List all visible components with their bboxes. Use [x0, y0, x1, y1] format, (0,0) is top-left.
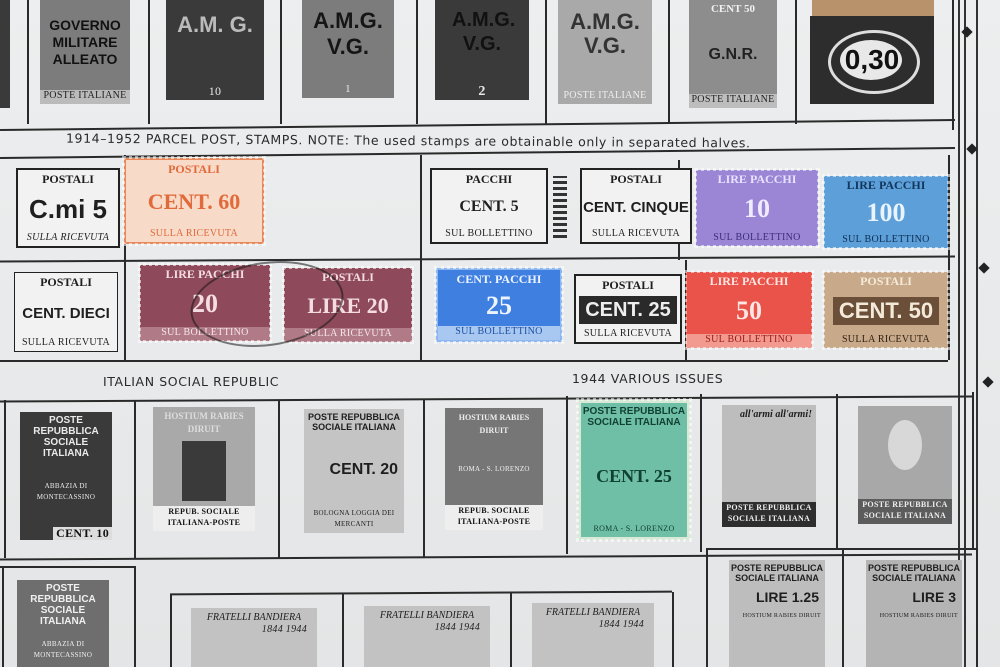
cell-divider	[416, 0, 418, 124]
cell-divider	[278, 400, 280, 558]
stamp-rsi-3: POSTE REPUBBLICA SOCIALE ITALIANA LIRE 3…	[866, 560, 962, 667]
cell-divider	[342, 594, 344, 667]
stamp-parcel-10-lire: LIRE PACCHI 10 SUL BOLLETTINO	[696, 170, 818, 246]
stamp-rsi-20-a: HOSTIUM RABIES DIRUIT REPUB. SOCIALE ITA…	[153, 407, 255, 531]
stamp-rsi-1-25: POSTE REPUBBLICA SOCIALE ITALIANA LIRE 1…	[729, 560, 825, 667]
margin-rule	[964, 0, 966, 667]
cell-divider	[948, 155, 950, 360]
stamp-parcel-cinque: POSTALI CENT. CINQUE SULLA RICEVUTA	[580, 168, 692, 244]
stamp-rsi-25-a: HOSTIUM RABIES DIRUIT ROMA - S. LORENZO …	[445, 408, 543, 530]
cell-divider	[148, 0, 150, 124]
stamp-rsi-montecassino: POSTE REPUBBLICA SOCIALE ITALIANA ABBAZI…	[17, 580, 109, 667]
stamp-amg-governo: GOVERNO MILITARE ALLEATO POSTE ITALIANE	[40, 0, 130, 104]
row-rule	[0, 553, 972, 560]
stamp-fratelli-bandiera-2: FRATELLI BANDIERA 1844 1944	[364, 606, 490, 667]
stamp-parcel-c5: POSTALI C.mi 5 SULLA RICEVUTA	[16, 168, 120, 248]
stamp-parcel-100-lire: LIRE PACCHI 100 SUL BOLLETTINO	[824, 176, 948, 248]
stamp-rsi-20-bologna: POSTE REPUBBLICA SOCIALE ITALIANA CENT. …	[304, 409, 404, 533]
ornament-icon	[978, 262, 989, 273]
stamp-amg-10: A.M. G. 10	[166, 0, 264, 100]
stamp-parcel-dieci: POSTALI CENT. DIECI SULLA RICEVUTA	[14, 272, 118, 352]
cell-divider	[27, 0, 29, 124]
cell-divider	[170, 594, 172, 667]
stamp-value: 10	[209, 86, 222, 100]
cell-divider	[280, 0, 282, 124]
cell-divider	[420, 155, 422, 260]
stamp-image	[182, 441, 226, 501]
stamp	[0, 0, 10, 108]
stamp-amg-1: A.M.G. V.G. 1	[302, 0, 394, 98]
cell-divider	[4, 400, 6, 558]
stamp-parcel-60: POSTALI CENT. 60 SULLA RICEVUTA	[124, 158, 264, 244]
cell-divider	[842, 550, 844, 667]
stamp-portrait	[888, 420, 922, 470]
heading-various-issues: 1944 VARIOUS ISSUES	[572, 371, 723, 386]
cell-divider	[795, 0, 797, 124]
stamp-parcel-25-cent: CENT. PACCHI 25 SUL BOLLETTINO	[436, 268, 562, 342]
stamp-parcel-50-lire: LIRE PACCHI 50 SUL BOLLETTINO	[686, 272, 812, 348]
row-rule	[170, 591, 672, 596]
stamp-rsi-50: POSTE REPUBBLICA SOCIALE ITALIANA	[858, 406, 952, 524]
cell-divider	[510, 593, 512, 667]
separator-ornament	[553, 176, 567, 238]
stamp-fratelli-bandiera-1: FRATELLI BANDIERA 1844 1944	[191, 608, 317, 667]
stamp-rsi-10: POSTE REPUBBLICA SOCIALE ITALIANA ABBAZI…	[20, 412, 112, 540]
cell-divider	[134, 400, 136, 558]
cell-divider	[952, 0, 954, 130]
stamp-parcel-50-cent: POSTALI CENT. 50 SULLA RICEVUTA	[824, 272, 948, 348]
cell-divider	[545, 0, 547, 124]
row-rule	[0, 360, 948, 362]
stamp-francobollo-di-stato: 0,30	[810, 16, 934, 104]
stamp-parcel-25-ricevuta: POSTALI CENT. 25 SULLA RICEVUTA	[574, 274, 682, 344]
stamp-amg-2: A.M.G. V.G. 2	[435, 0, 529, 100]
cell-divider	[420, 260, 422, 360]
cell-divider	[972, 392, 974, 548]
cell-divider	[706, 550, 708, 667]
stamp-parcel-5-pacchi: PACCHI CENT. 5 SUL BOLLETTINO	[430, 168, 548, 244]
row-rule	[0, 395, 972, 402]
stamp-rsi-25-green: POSTE REPUBBLICA SOCIALE ITALIANA CENT. …	[578, 400, 690, 540]
row-rule	[0, 119, 955, 131]
cell-divider	[672, 592, 674, 667]
row-rule	[0, 566, 136, 568]
heading-social-republic: ITALIAN SOCIAL REPUBLIC	[103, 374, 279, 389]
stamp-gnr-50: CENT 50 G.N.R. POSTE ITALIANE	[689, 0, 777, 108]
stamp-amg-25: A.M.G. V.G. POSTE ITALIANE	[558, 0, 652, 104]
cell-divider	[134, 566, 136, 667]
album-page: GOVERNO MILITARE ALLEATO POSTE ITALIANE …	[0, 0, 1000, 667]
cell-divider	[423, 400, 425, 558]
row-rule	[0, 255, 955, 262]
cell-divider	[668, 0, 670, 124]
stamp-partial-brown	[812, 0, 934, 16]
heading-parcel-post: 1914–1952 PARCEL POST, STAMPS. NOTE: The…	[66, 131, 751, 151]
cell-divider	[2, 566, 4, 667]
stamp-fratelli-bandiera-3: FRATELLI BANDIERA 1844 1944	[532, 603, 654, 667]
cell-divider	[976, 548, 978, 667]
stamp-rsi-30: all'armi all'armi! POSTE REPUBBLICA SOCI…	[722, 405, 816, 527]
ornament-icon	[982, 376, 993, 387]
cell-divider	[566, 396, 568, 554]
cell-divider	[836, 394, 838, 550]
cell-divider	[700, 394, 702, 552]
